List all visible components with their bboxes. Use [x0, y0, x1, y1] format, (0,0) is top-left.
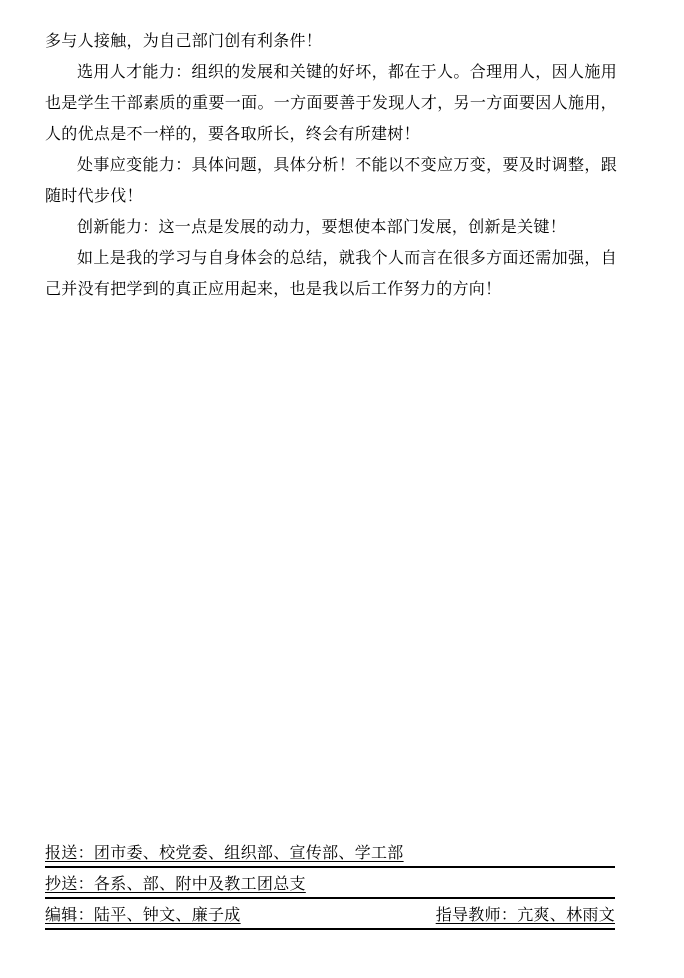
footer-row-baosong: 报送：团市委、校党委、组织部、宣传部、学工部	[45, 837, 615, 868]
footer-row-bianji: 编辑：陆平、钟文、廉子成 指导教师：亢爽、林雨文	[45, 899, 615, 930]
body-paragraph: 创新能力：这一点是发展的动力，要想使本部门发展，创新是关键！	[45, 212, 617, 243]
footer-chaosong-text: 抄送：各系、部、附中及教工团总支	[45, 876, 306, 894]
document-footer: 报送：团市委、校党委、组织部、宣传部、学工部 抄送：各系、部、附中及教工团总支 …	[45, 837, 615, 930]
document-body: 多与人接触，为自己部门创有利条件！ 选用人才能力：组织的发展和关键的好坏，都在于…	[45, 26, 617, 305]
body-paragraph: 如上是我的学习与自身体会的总结，就我个人而言在很多方面还需加强，自己并没有把学到…	[45, 243, 617, 305]
footer-bianji-text: 编辑：陆平、钟文、廉子成	[45, 907, 241, 925]
document-page: 多与人接触，为自己部门创有利条件！ 选用人才能力：组织的发展和关键的好坏，都在于…	[0, 0, 684, 978]
body-paragraph: 多与人接触，为自己部门创有利条件！	[45, 26, 617, 57]
footer-zhidaojiaoshi-text: 指导教师：亢爽、林雨文	[436, 907, 615, 925]
footer-row-chaosong: 抄送：各系、部、附中及教工团总支	[45, 868, 615, 899]
body-paragraph: 处事应变能力：具体问题，具体分析！不能以不变应万变，要及时调整，跟随时代步伐！	[45, 150, 617, 212]
body-paragraph: 选用人才能力：组织的发展和关键的好坏，都在于人。合理用人，因人施用也是学生干部素…	[45, 57, 617, 150]
footer-baosong-text: 报送：团市委、校党委、组织部、宣传部、学工部	[45, 845, 404, 863]
